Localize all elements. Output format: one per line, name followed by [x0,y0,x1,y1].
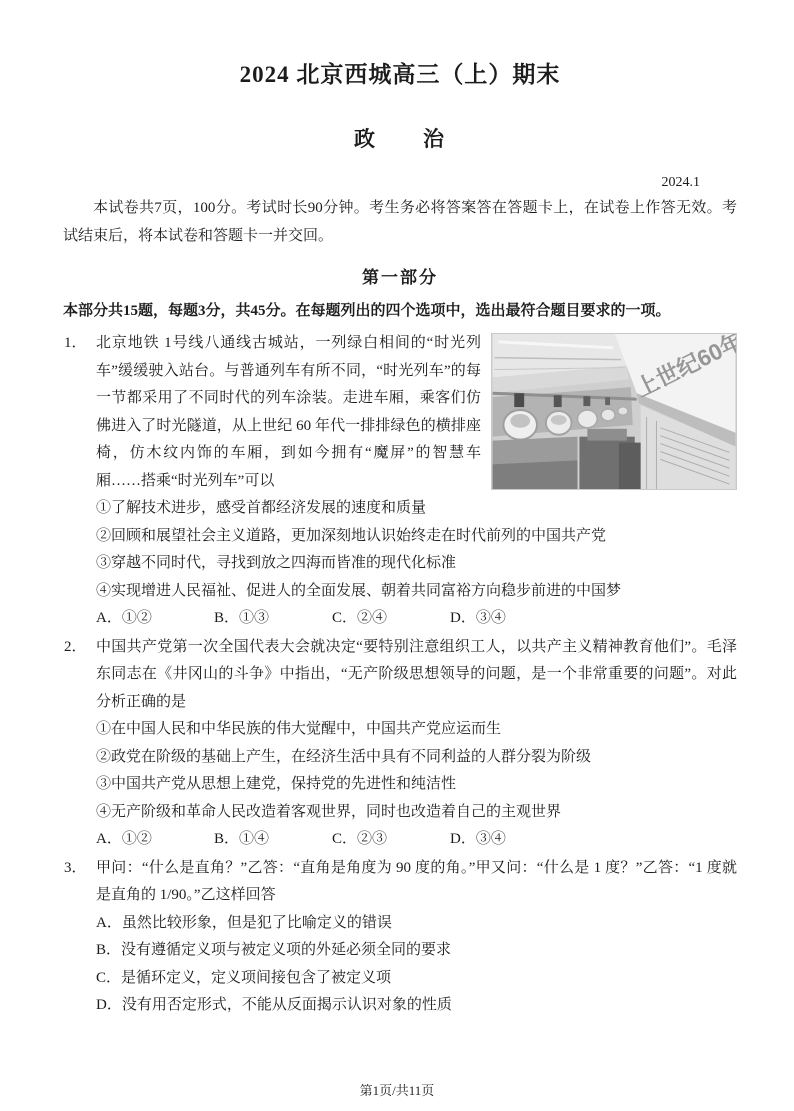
question-1-item-4: ④实现增进人民福祉、促进人的全面发展、朝着共同富裕方向稳步前进的中国梦 [96,578,737,606]
question-1-item-2: ②回顾和展望社会主义道路，更加深刻地认识始终走在时代前列的中国共产党 [96,523,737,551]
section-title: 第一部分 [63,263,737,288]
question-3-choice-b: B．没有遵循定义项与被定义项的外延必须全同的要求 [96,937,737,965]
question-2-item-3: ③中国共产党从思想上建党，保持党的先进性和纯洁性 [96,771,737,799]
question-1-choice-d: D．③④ [450,605,568,633]
question-1-choices: A．①② B．①③ C．②④ D．③④ [96,605,737,633]
question-2-choice-c: C．②③ [332,826,450,854]
question-3: 3． 甲问：“什么是直角？”乙答：“直角是角度为 90 度的角。”甲又问：“什么… [63,855,737,1020]
question-2-item-4: ④无产阶级和革命人民改造着客观世界，同时也改造着自己的主观世界 [96,799,737,827]
question-1-item-3: ③穿越不同时代，寻找到放之四海而皆准的现代化标准 [96,550,737,578]
page-footer: 第1页/共11页 [0,1080,794,1099]
question-3-choice-d: D．没有用否定形式，不能从反面揭示认识对象的性质 [96,992,737,1020]
question-3-stem: 甲问：“什么是直角？”乙答：“直角是角度为 90 度的角。”甲又问：“什么是 1… [96,855,737,910]
question-2-choice-b: B．①④ [214,826,332,854]
question-2-number: 2． [64,634,87,662]
question-2-choices: A．①② B．①④ C．②③ D．③④ [96,826,737,854]
question-3-choice-c: C．是循环定义，定义项间接包含了被定义项 [96,965,737,993]
question-2-stem: 中国共产党第一次全国代表大会就决定“要特别注意组织工人，以共产主义精神教育他们”… [96,634,737,717]
question-2-choice-a: A．①② [96,826,214,854]
time-train-photo: 上世纪60年代 [491,333,737,490]
question-3-choices: A．虽然比较形象，但是犯了比喻定义的错误 B．没有遵循定义项与被定义项的外延必须… [96,910,737,1020]
question-1-choice-c: C．②④ [332,605,450,633]
question-1: 1． 上世纪60年代 [63,330,737,633]
question-2-item-2: ②政党在阶级的基础上产生，在经济生活中具有不同利益的人群分裂为阶级 [96,744,737,772]
question-1-choice-b: B．①③ [214,605,332,633]
question-1-item-1: ①了解技术进步，感受首都经济发展的速度和质量 [96,495,737,523]
question-1-choice-a: A．①② [96,605,214,633]
question-2: 2． 中国共产党第一次全国代表大会就决定“要特别注意组织工人，以共产主义精神教育… [63,634,737,854]
exam-instructions: 本试卷共7页，100分。考试时长90分钟。考生务必将答案答在答题卡上，在试卷上作… [63,195,737,250]
section-note: 本部分共15题，每题3分，共45分。在每题列出的四个选项中，选出最符合题目要求的… [63,299,737,323]
time-train-photo-art: 上世纪60年代 [492,334,736,489]
question-1-number: 1． [64,330,87,358]
question-2-subitems: ①在中国人民和中华民族的伟大觉醒中，中国共产党应运而生 ②政党在阶级的基础上产生… [96,716,737,826]
question-1-subitems: ①了解技术进步，感受首都经济发展的速度和质量 ②回顾和展望社会主义道路，更加深刻… [96,495,737,605]
exam-date: 2024.1 [63,175,737,191]
exam-page: 2024 北京西城高三（上）期末 政 治 2024.1 本试卷共7页，100分。… [0,0,794,1020]
subject-title: 政 治 [63,123,737,153]
page-title: 2024 北京西城高三（上）期末 [63,56,737,89]
question-3-choice-a: A．虽然比较形象，但是犯了比喻定义的错误 [96,910,737,938]
question-2-choice-d: D．③④ [450,826,568,854]
question-3-number: 3． [64,855,87,883]
question-2-item-1: ①在中国人民和中华民族的伟大觉醒中，中国共产党应运而生 [96,716,737,744]
